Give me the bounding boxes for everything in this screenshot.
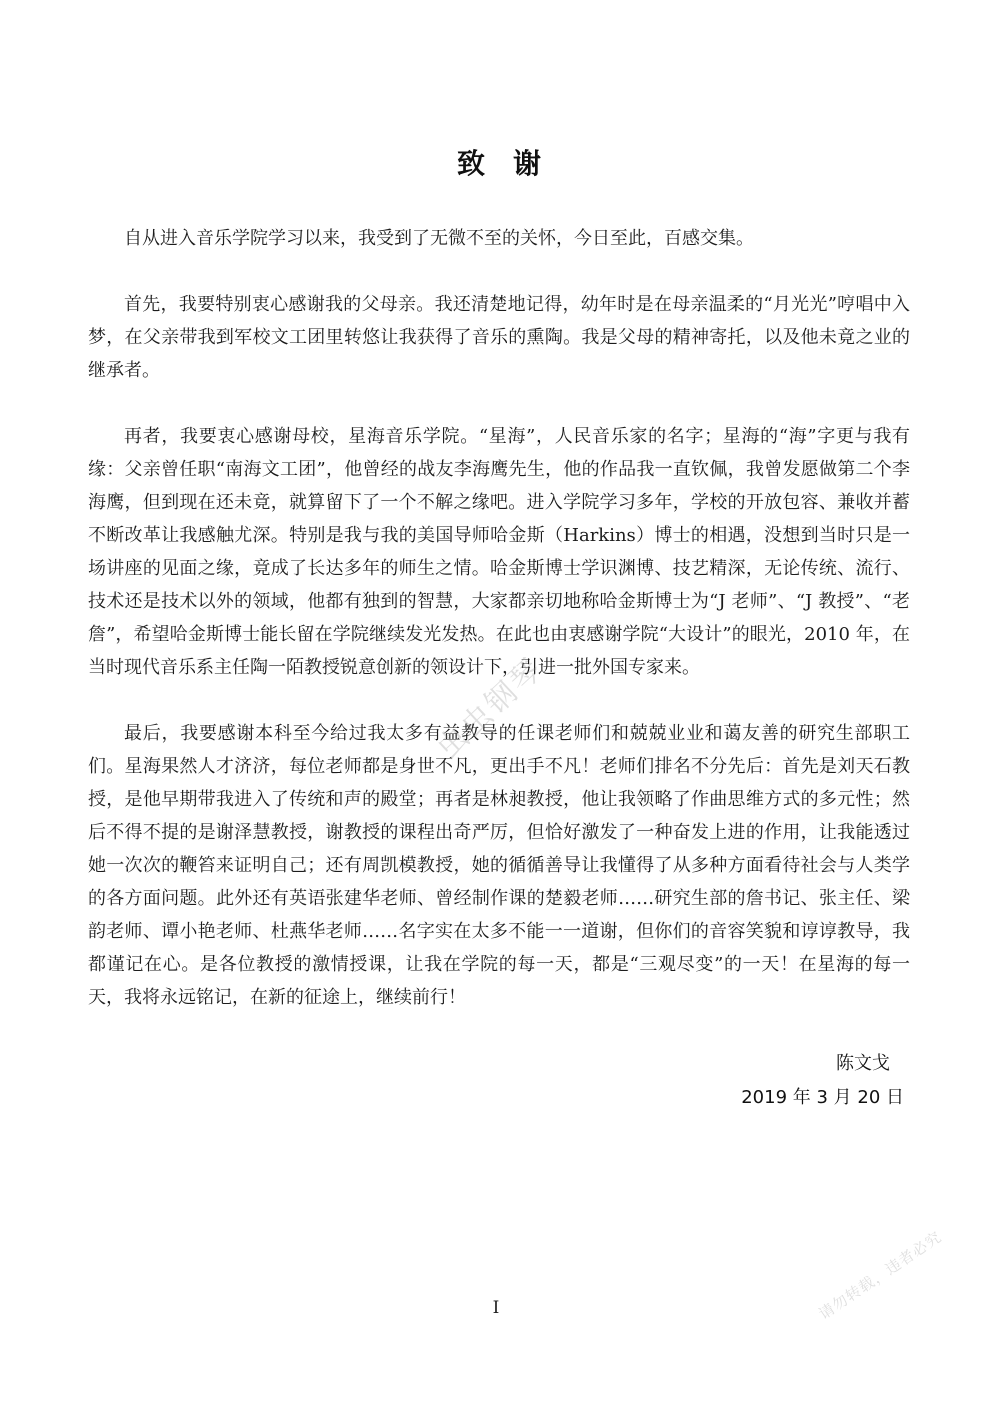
paragraph-intro: 自从进入音乐学院学习以来，我受到了无微不至的关怀，今日至此，百感交集。	[88, 222, 910, 255]
signature-block: 陈文戈 2019 年 3 月 20 日	[88, 1047, 910, 1115]
signature-name: 陈文戈	[88, 1047, 904, 1081]
paragraph-teachers: 最后，我要感谢本科至今给过我太多有益教导的任课老师们和兢兢业业和蔼友善的研究生部…	[88, 717, 910, 1014]
paragraph-school-and-mentor: 再者，我要衷心感谢母校，星海音乐学院。“星海”，人民音乐家的名字；星海的“海”字…	[88, 420, 910, 684]
paragraph-parents: 首先，我要特别衷心感谢我的父母亲。我还清楚地记得，幼年时是在母亲温柔的“月光光”…	[88, 288, 910, 387]
signature-date: 2019 年 3 月 20 日	[88, 1081, 904, 1115]
thesis-acknowledgements-page: 虫虫钢琴 请勿转载，违者必究 致 谢 自从进入音乐学院学习以来，我受到了无微不至…	[0, 0, 992, 1403]
page-title: 致 谢	[88, 142, 910, 182]
page-content: 致 谢 自从进入音乐学院学习以来，我受到了无微不至的关怀，今日至此，百感交集。 …	[0, 0, 992, 1115]
page-number: I	[0, 1298, 992, 1318]
